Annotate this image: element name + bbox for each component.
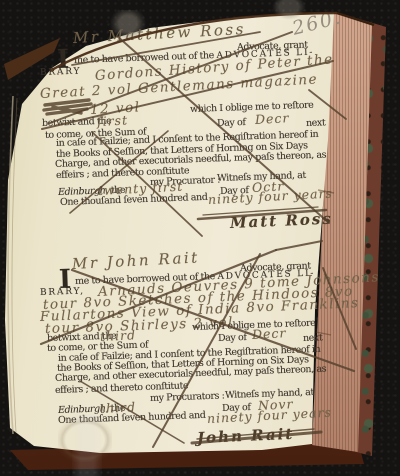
printed-next: next (306, 117, 326, 129)
printed-day-of: Day of (218, 332, 247, 344)
translucent-strap-glare (72, 414, 102, 476)
page-content: 260. Mr Matthew Ross Advocate, grant I m… (0, 0, 400, 476)
grey-smudge-stain (272, 0, 306, 20)
printed-day-of: Day of (217, 117, 246, 129)
photo-of-ledger-book: 260. Mr Matthew Ross Advocate, grant I m… (0, 0, 400, 476)
handwritten-return-month: Decr (252, 325, 287, 342)
printed-next: next (303, 332, 323, 344)
signature-handwritten: John Rait (197, 425, 295, 447)
printed-oblige-line: which I oblige me to reſtore (190, 100, 314, 115)
borrow-entry-top: Mr Matthew Ross Advocate, grant I me to … (40, 30, 345, 248)
borrower-name-handwritten: Mr John Rait (72, 248, 201, 273)
signature-handwritten: Matt Ross (230, 210, 333, 232)
grey-smudge-stain (110, 10, 146, 40)
printed-procurator-line: my Procurators : (150, 390, 225, 404)
printed-brary: BRARY (40, 67, 82, 78)
borrower-name-handwritten: Mr Matthew Ross (73, 20, 247, 47)
handwritten-return-month: Decr (255, 110, 290, 127)
